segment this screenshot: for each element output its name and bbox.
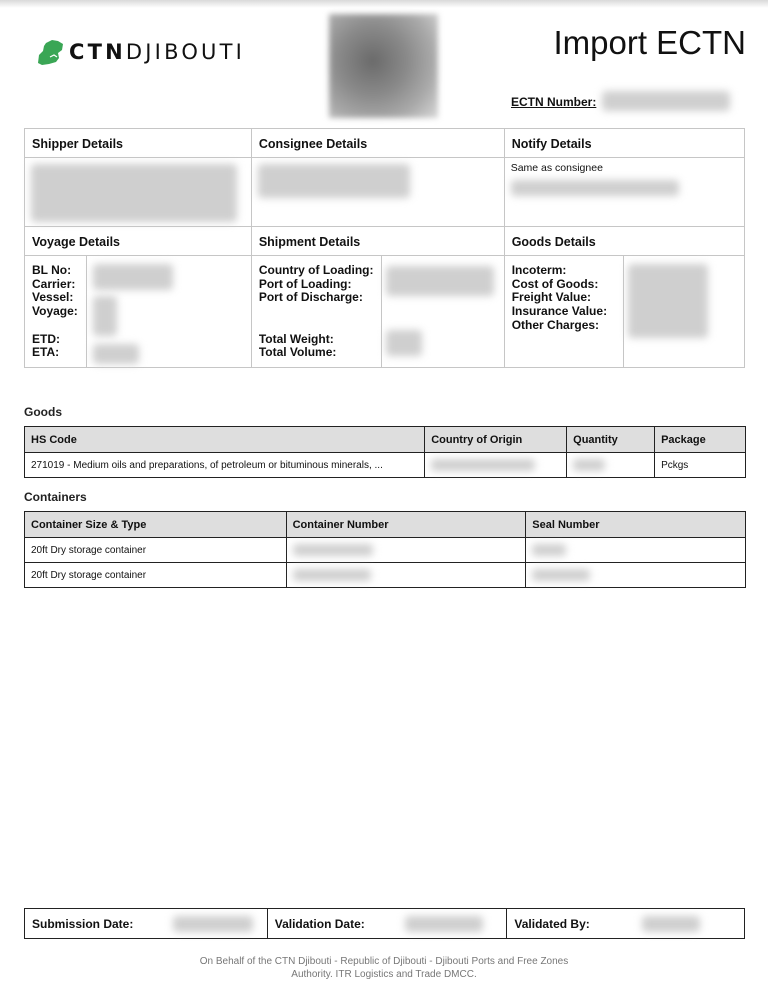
validated-by-label: Validated By: — [514, 917, 589, 931]
container-type-cell: 20ft Dry storage container — [25, 563, 287, 588]
col-seal-number: Seal Number — [526, 512, 746, 538]
package-cell: Pckgs — [655, 453, 746, 478]
voyage-details-header: Voyage Details — [25, 227, 252, 256]
submission-date-cell: Submission Date: — [25, 909, 268, 939]
col-quantity: Quantity — [567, 427, 655, 453]
goods-details-header: Goods Details — [504, 227, 744, 256]
container-type-cell: 20ft Dry storage container — [25, 538, 287, 563]
details-table: Shipper Details Consignee Details Notify… — [24, 128, 745, 368]
table-row: 20ft Dry storage container — [25, 563, 746, 588]
validated-by-cell: Validated By: — [507, 909, 745, 939]
container-number-cell — [286, 563, 526, 588]
notify-details-header: Notify Details — [504, 129, 744, 158]
col-container-size-type: Container Size & Type — [25, 512, 287, 538]
shipment-details-body: Country of Loading: Port of Loading: Por… — [251, 256, 504, 368]
country-of-origin-cell — [425, 453, 567, 478]
goods-labels: Incoterm: Cost of Goods: Freight Value: … — [505, 256, 624, 367]
col-country-of-origin: Country of Origin — [425, 427, 567, 453]
validation-footer-table: Submission Date: Validation Date: Valida… — [24, 908, 745, 939]
shipment-values — [382, 256, 498, 367]
notify-details-value: Same as consignee — [504, 158, 744, 227]
containers-table: Container Size & Type Container Number S… — [24, 511, 746, 588]
validation-date-label: Validation Date: — [275, 917, 365, 931]
goods-values — [624, 256, 712, 367]
table-row: 20ft Dry storage container — [25, 538, 746, 563]
container-number-cell — [286, 538, 526, 563]
col-hs-code: HS Code — [25, 427, 425, 453]
col-container-number: Container Number — [286, 512, 526, 538]
shipper-details-header: Shipper Details — [25, 129, 252, 158]
notify-same-as-consignee: Same as consignee — [511, 162, 738, 174]
goods-section-title: Goods — [24, 405, 62, 419]
hs-code-cell: 271019 - Medium oils and preparations, o… — [25, 453, 425, 478]
ctn-djibouti-logo: CTNDJIBOUTI — [36, 36, 245, 68]
col-package: Package — [655, 427, 746, 453]
goods-details-body: Incoterm: Cost of Goods: Freight Value: … — [504, 256, 744, 368]
logo-text: CTNDJIBOUTI — [69, 40, 245, 64]
voyage-labels: BL No: Carrier: Vessel: Voyage: ETD: ETA… — [25, 256, 87, 367]
shipment-details-header: Shipment Details — [251, 227, 504, 256]
goods-table-header: HS Code Country of Origin Quantity Packa… — [25, 427, 746, 453]
seal-number-cell — [526, 563, 746, 588]
containers-section-title: Containers — [24, 490, 87, 504]
djibouti-map-icon — [36, 37, 66, 67]
qr-code — [329, 14, 438, 118]
ectn-number-value — [602, 91, 730, 111]
validation-date-cell: Validation Date: — [267, 909, 507, 939]
footer-note: On Behalf of the CTN Djibouti - Republic… — [0, 955, 768, 981]
seal-number-cell — [526, 538, 746, 563]
voyage-details-body: BL No: Carrier: Vessel: Voyage: ETD: ETA… — [25, 256, 252, 368]
voyage-values — [87, 256, 179, 367]
document-title: Import ECTN — [553, 24, 746, 62]
shipment-labels: Country of Loading: Port of Loading: Por… — [252, 256, 382, 367]
table-row: 271019 - Medium oils and preparations, o… — [25, 453, 746, 478]
quantity-cell — [567, 453, 655, 478]
submission-date-label: Submission Date: — [32, 917, 133, 931]
ectn-number-label: ECTN Number: — [511, 95, 596, 109]
page-top-shadow — [0, 0, 768, 8]
consignee-details-header: Consignee Details — [251, 129, 504, 158]
containers-table-header: Container Size & Type Container Number S… — [25, 512, 746, 538]
goods-table: HS Code Country of Origin Quantity Packa… — [24, 426, 746, 478]
consignee-details-value — [251, 158, 504, 227]
shipper-details-value — [25, 158, 252, 227]
